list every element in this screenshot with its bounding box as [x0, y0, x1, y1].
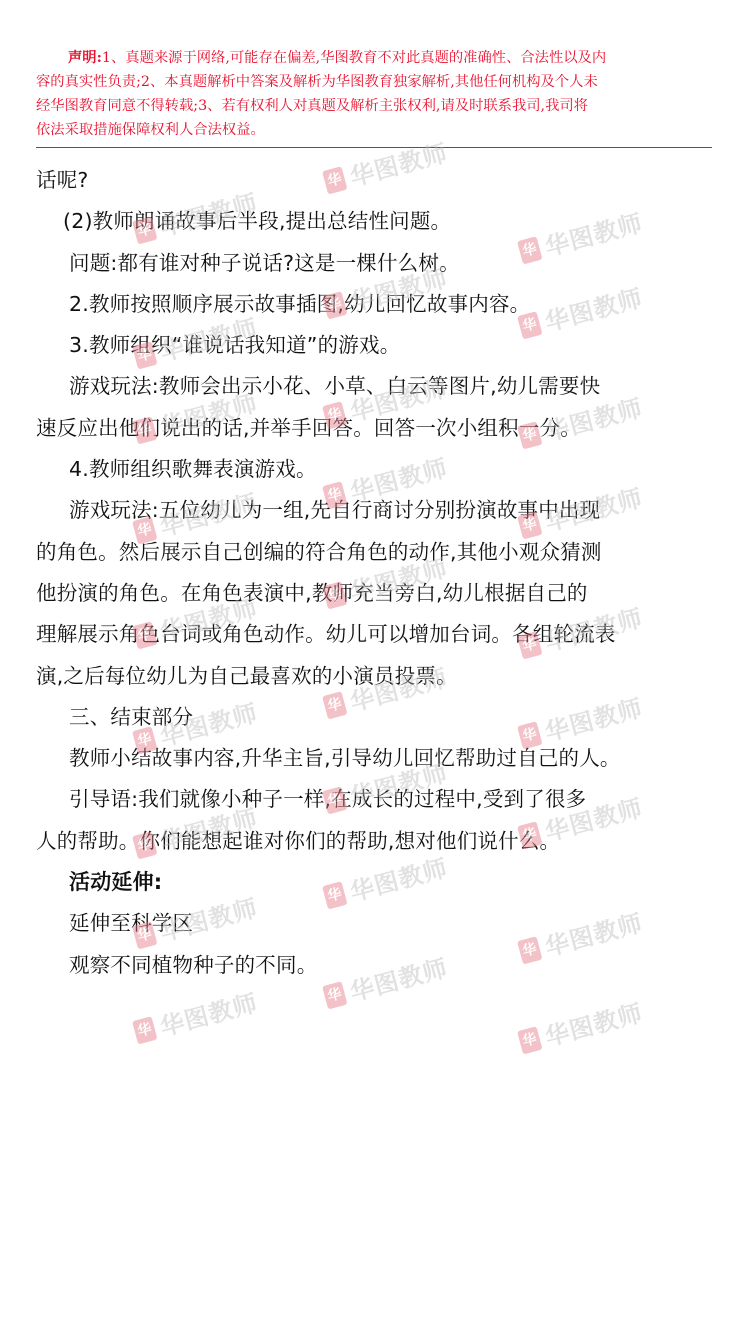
text-line: 他扮演的角色。在角色表演中,教师充当旁白,幼儿根据自己的: [36, 573, 716, 614]
watermark: 华华图教师: [515, 993, 646, 1059]
text-line: 游戏玩法:教师会出示小花、小草、白云等图片,幼儿需要快: [36, 366, 716, 407]
watermark-logo-icon: 华: [132, 1016, 158, 1044]
text-line: 引导语:我们就像小种子一样,在成长的过程中,受到了很多: [36, 779, 716, 820]
text-line: 观察不同植物种子的不同。: [36, 945, 716, 986]
text-line: 人的帮助。你们能想起谁对你们的帮助,想对他们说什么。: [36, 821, 716, 862]
text-line: 演,之后每位幼儿为自己最喜欢的小演员投票。: [36, 656, 716, 697]
text-line: 教师小结故事内容,升华主旨,引导幼儿回忆帮助过自己的人。: [36, 738, 716, 779]
text-line: (2)教师朗诵故事后半段,提出总结性问题。: [36, 201, 716, 242]
text-line: 话呢?: [36, 160, 716, 201]
text-line: 速反应出他们说出的话,并举手回答。回答一次小组积一分。: [36, 408, 716, 449]
section-heading: 三、结束部分: [36, 697, 716, 738]
document-body: 话呢? (2)教师朗诵故事后半段,提出总结性问题。 问题:都有谁对种子说话?这是…: [36, 160, 716, 986]
text-line: 3.教师组织“谁说话我知道”的游戏。: [36, 325, 716, 366]
text-line: 理解展示角色台词或角色动作。幼儿可以增加台词。各组轮流表: [36, 614, 716, 655]
disclaimer-line-2: 容的真实性负责;2、本真题解析中答案及解析为华图教育独家解析,其他任何机构及个人…: [36, 70, 712, 94]
text-line: 问题:都有谁对种子说话?这是一棵什么树。: [36, 243, 716, 284]
disclaimer-line-4: 依法采取措施保障权利人合法权益。: [36, 118, 712, 142]
disclaimer-label: 声明:: [68, 50, 102, 66]
header-divider: [36, 147, 712, 148]
text-line: 的角色。然后展示自己创编的符合角色的动作,其他小观众猜测: [36, 532, 716, 573]
watermark: 华华图教师: [130, 983, 261, 1049]
text-line: 游戏玩法:五位幼儿为一组,先自行商讨分别扮演故事中出现: [36, 490, 716, 531]
disclaimer-line-1: 声明:1、真题来源于网络,可能存在偏差,华图教育不对此真题的准确性、合法性以及内: [36, 46, 712, 70]
disclaimer: 声明:1、真题来源于网络,可能存在偏差,华图教育不对此真题的准确性、合法性以及内…: [36, 46, 712, 142]
activity-extension-heading: 活动延伸:: [36, 862, 716, 903]
text-line: 4.教师组织歌舞表演游戏。: [36, 449, 716, 490]
watermark-logo-icon: 华: [517, 1026, 543, 1054]
text-line: 2.教师按照顺序展示故事插图,幼儿回忆故事内容。: [36, 284, 716, 325]
disclaimer-line-3: 经华图教育同意不得转载;3、若有权利人对真题及解析主张权利,请及时联系我司,我司…: [36, 94, 712, 118]
text-line: 延伸至科学区: [36, 903, 716, 944]
